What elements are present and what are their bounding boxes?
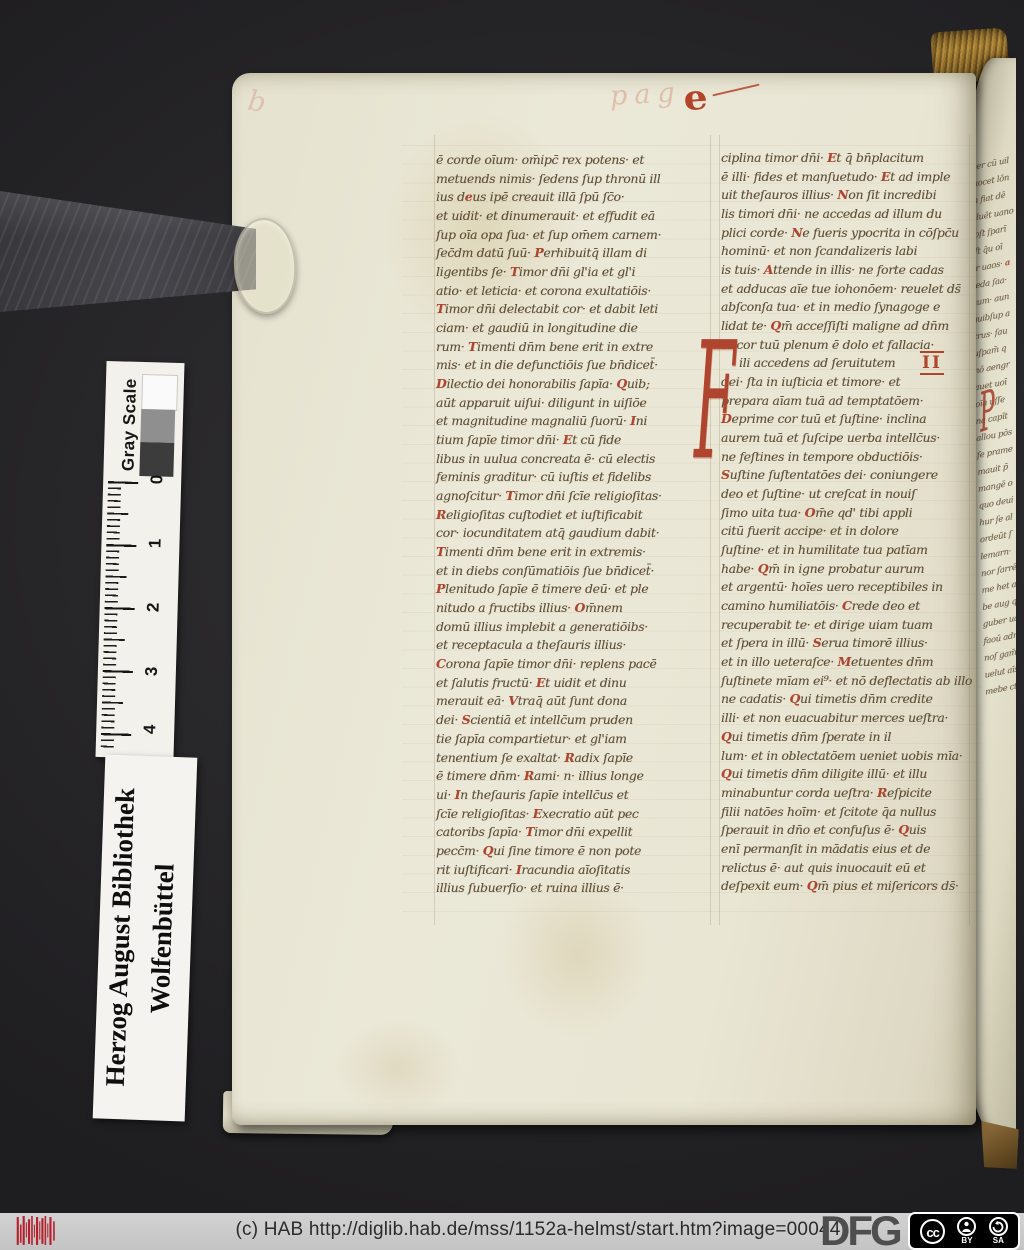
manuscript-text-line: dei· Scientiā et intellc̄um pruden [436, 711, 712, 730]
manuscript-text-line: Qui timetis dn̄m ſperate in il [721, 728, 971, 747]
manuscript-text-line: libus in uulua concreata ē· cū electis [436, 450, 712, 469]
manuscript-text-line: ligentibs ſe· Timor dn̄i gl'ia et gl'i [436, 263, 712, 282]
cc-license-badge: cc BY SA [908, 1212, 1020, 1250]
manuscript-text-line: Religioſitas cuſtodiet et iuſtificabit [436, 506, 712, 525]
manuscript-text-line: minabuntur corda ueſtra· Reſpicite [721, 784, 971, 803]
footer-bar: (c) HAB http://diglib.hab.de/mss/1152a-h… [0, 1213, 1024, 1250]
ruling-vertical-line [434, 135, 435, 925]
manuscript-text-line: ē corde oīum· om̄ipc̄ rex potens· et [436, 151, 712, 170]
manuscript-text-line: ē timere dn̄m· Rami· n· illius longe [436, 767, 712, 786]
manuscript-text-line: tium ſapīe timor dn̄i· Et cū fide [436, 431, 712, 450]
cc-by-person-icon [957, 1217, 976, 1236]
manuscript-text-line: et argentū· hoīes uero receptibiles in [721, 578, 971, 597]
ruler-number-0: 0 [147, 468, 166, 490]
manuscript-text-line: Corona ſapīe timor dn̄i· replens pacē [436, 655, 712, 674]
ruler-number-2: 2 [143, 596, 162, 618]
manuscript-text-line: ciam· et gaudiū in longitudine die [436, 319, 712, 338]
grayscale-patch-white [141, 374, 178, 411]
cc-sa-label: SA [993, 1236, 1004, 1245]
cc-logo-icon: cc [920, 1219, 945, 1244]
ruling-vertical-line [719, 135, 720, 925]
manuscript-text-line: et in illo ueteraſce· Metuentes dn̄m [721, 653, 971, 672]
manuscript-column-2: ciplina timor dn̄i· Et q̄ bn̄placitumē i… [721, 149, 971, 896]
manuscript-text-line: dei· ſta in iuſticia et timore· et [721, 373, 971, 392]
manuscript-text-line: et ſpera in illū· Serua timorē illius· [721, 634, 971, 653]
grayscale-ruler-card: Gray Scale 4 3 2 1 0 [95, 361, 184, 759]
manuscript-text-line: ſec̄dm datū ſuū· Perhibuitq̄ illam di [436, 244, 712, 263]
manuscript-text-line: illius ſubuerſio· et ruina illius ē· [436, 879, 712, 898]
manuscript-text-line: ſcīe religioſitas· Execratio aūt pec [436, 805, 712, 824]
manuscript-text-line: et adducas aīe tue iohonōem· reuelet ds̄ [721, 280, 971, 299]
rubricated-drop-cap: F [694, 329, 717, 545]
manuscript-text-line: ſimo uita tua· Om̄e qd' tibi appli [721, 504, 971, 523]
red-offset-ghost: b [246, 84, 268, 119]
manuscript-text-line: recuperabit te· et dirige uiam tuam [721, 616, 971, 635]
manuscript-text-line: tie ſapīa compartietur· et gl'iam [436, 730, 712, 749]
manuscript-text-line: tenentium ſe exaltat· Radix ſapīe [436, 749, 712, 768]
metal-streaks [0, 186, 256, 312]
manuscript-text-line: nitudo a fructibs illius· Om̄nem [436, 599, 712, 618]
manuscript-text-line: filii natōes hoīm· et ſcitote q̄a nullus [721, 803, 971, 822]
manuscript-text-line: pecc̄m· Qui ſine timore ē non pote [436, 842, 712, 861]
ruler-unit-ticks [101, 481, 138, 750]
manuscript-column-1: ē corde oīum· om̄ipc̄ rex potens· etmetu… [436, 151, 712, 898]
manuscript-text-line: Dilectio dei honorabilis ſapīa· Quib; [436, 375, 712, 394]
manuscript-text-line: merauit eā· Vtraq̄ aūt ſunt dona [436, 692, 712, 711]
manuscript-text-line: rit iuſtificari· Iracundia aīoſitatis [436, 861, 712, 880]
cc-by-group: BY [957, 1217, 976, 1245]
manuscript-text-line: Timor dn̄i delectabit cor· et dabit leti [436, 300, 712, 319]
manuscript-text-line: ſup oīa opa ſua· et ſup om̄em carnem· [436, 226, 712, 245]
manuscript-text-line: et magnitudine magnaliū ſuorū· Ini [436, 412, 712, 431]
manuscript-text-line: abſconſa tua· et in medio ſynagoge e [721, 298, 971, 317]
manuscript-text-line: ui· In theſauris ſapīe intellc̄us et [436, 786, 712, 805]
manuscript-text-line: illi· et non euacuabitur merces ueſtra· [721, 709, 971, 728]
page-holder-arm [0, 186, 256, 312]
manuscript-text-line: camino humiliatōis· Crede deo et [721, 597, 971, 616]
red-header-ghost: pag [609, 77, 682, 112]
manuscript-text-line: prepara aīam tuā ad temptatōem· [721, 392, 971, 411]
manuscript-text-line: plici corde· Ne fueris ypocrita in cōſpc… [721, 224, 971, 243]
manuscript-text-line: agnoſcitur· Timor dn̄i ſcīe religioſitas… [436, 487, 712, 506]
manuscript-text-line: lidat te· Qm̄ acceſſiſti maligne ad dn̄m [721, 317, 971, 336]
cc-by-label: BY [961, 1236, 972, 1245]
manuscript-text-line: Suſtine ſuſtentatōes dei· coniungere [721, 466, 971, 485]
cc-sa-group: SA [989, 1217, 1008, 1245]
ruler-number-1: 1 [145, 532, 164, 554]
manuscript-text-line: mis· et in die defunctiōis ſue bn̄dicet̄… [436, 356, 712, 375]
manuscript-text-line: aūt apparuit uiſui· diligunt in uiſiōe [436, 394, 712, 413]
manuscript-text-line: feminis graditur· cū iuſtis et fidelibs [436, 468, 712, 487]
manuscript-text-line: ē illi· fides et manſuetudo· Et ad imple [721, 168, 971, 187]
manuscript-text-line: Qui timetis dn̄m diligite illū· et illu [721, 765, 971, 784]
manuscript-text-line: is tuis· Attende in illis· ne forte cada… [721, 261, 971, 280]
manuscript-text-line: lum· et in oblectatōem ueniet uobis mīa· [721, 747, 971, 766]
manuscript-text-line: aurem tuā et ſuſcipe uerba intellc̄us· [721, 429, 971, 448]
manuscript-text-line: cor· iocunditatem atq̄ gaudium dabit· [436, 524, 712, 543]
manuscript-text-line: rum· Timenti dn̄m bene erit in extre [436, 338, 712, 357]
manuscript-text-line: et receptacula a theſauris illius· [436, 636, 712, 655]
manuscript-text-line: et ſalutis fructū· Et uidit et dinu [436, 674, 712, 693]
manuscript-text-line: ne feſtines in tempore obductiōis· [721, 448, 971, 467]
ruler-number-3: 3 [142, 660, 161, 682]
manuscript-text-line: relictus ē· aut quis inuocauit eū et [721, 859, 971, 878]
manuscript-text-line: Timenti dn̄m bene erit in extremis· [436, 543, 712, 562]
ruler-number-4: 4 [140, 718, 159, 740]
dfg-logo: DFG [820, 1207, 900, 1250]
binding-leather-corner [979, 1121, 1019, 1169]
manuscript-text-line: citū fuerit accipe· et in dolore [721, 522, 971, 541]
red-header-flourish [712, 84, 759, 97]
chapter-numeral: II [920, 351, 944, 375]
manuscript-text-line: Plenitudo ſapīe ē timere deū· et ple [436, 580, 712, 599]
manuscript-text-line: ius deus ipē creauit illā ſpū ſc̄o· [436, 188, 712, 207]
library-label-text: Herzog August Bibliothek Wolfenbüttel [93, 757, 198, 1120]
manuscript-text-line: Deprime cor tuū et ſuſtine· inclina [721, 410, 971, 429]
cc-sa-arrow-icon [989, 1217, 1008, 1236]
red-header-mark: e [684, 77, 764, 121]
manuscript-text-line: atio· et leticia· et corona exultatiōis· [436, 282, 712, 301]
manuscript-text-line: domū illius implebit a generatiōibs· [436, 618, 712, 637]
manuscript-text-line: ſuſtine· et in humilitate tua patīam [721, 541, 971, 560]
manuscript-page: b pag e ē corde oīum· om̄ipc̄ rex potens… [232, 73, 976, 1125]
manuscript-text-line: ſuſtinete mīam ei⁹· et nō deflectatis ab… [721, 672, 971, 691]
manuscript-text-line: et uidit· et dinumerauit· et effudit eā [436, 207, 712, 226]
manuscript-text-line: deo et ſuſtine· ut creſcat in nouiſ [721, 485, 971, 504]
manuscript-text-line: et in diebs conſūmatiōis ſue bn̄dicet̄· [436, 562, 712, 581]
red-header-glyph: e [682, 77, 709, 118]
manuscript-text-line: ne cadatis· Qui timetis dn̄m credite [721, 690, 971, 709]
manuscript-text-line: ſperauit in dn̄o et confuſus ē· Quis [721, 821, 971, 840]
manuscript-text-line: hominū· et non ſcandalizeris labi [721, 242, 971, 261]
manuscript-text-line: catoribs ſapīa· Timor dn̄i expellit [436, 823, 712, 842]
manuscript-text-line: lis timori dn̄i· ne accedas ad illum du [721, 205, 971, 224]
manuscript-text-line: deſpexit eum· Qm̄ pius et miſericors ds̄… [721, 877, 971, 896]
library-label-card: Herzog August Bibliothek Wolfenbüttel [93, 755, 198, 1122]
manuscript-text-line: ciplina timor dn̄i· Et q̄ bn̄placitum [721, 149, 971, 168]
manuscript-text-line: uit theſauros illius· Non ſit incredibi [721, 186, 971, 205]
manuscript-text-line: habe· Qm̄ in igne probatur aurum [721, 560, 971, 579]
photo-stage: cuer cū uilpuocet lōnua fiat dēſoluēt ua… [0, 0, 1024, 1250]
manuscript-text-line: enī permanſit in mādatis eius et de [721, 840, 971, 859]
grayscale-patch-gray [140, 409, 175, 443]
manuscript-text-line: metuends nimis· ſedens ſup thronū ill [436, 170, 712, 189]
